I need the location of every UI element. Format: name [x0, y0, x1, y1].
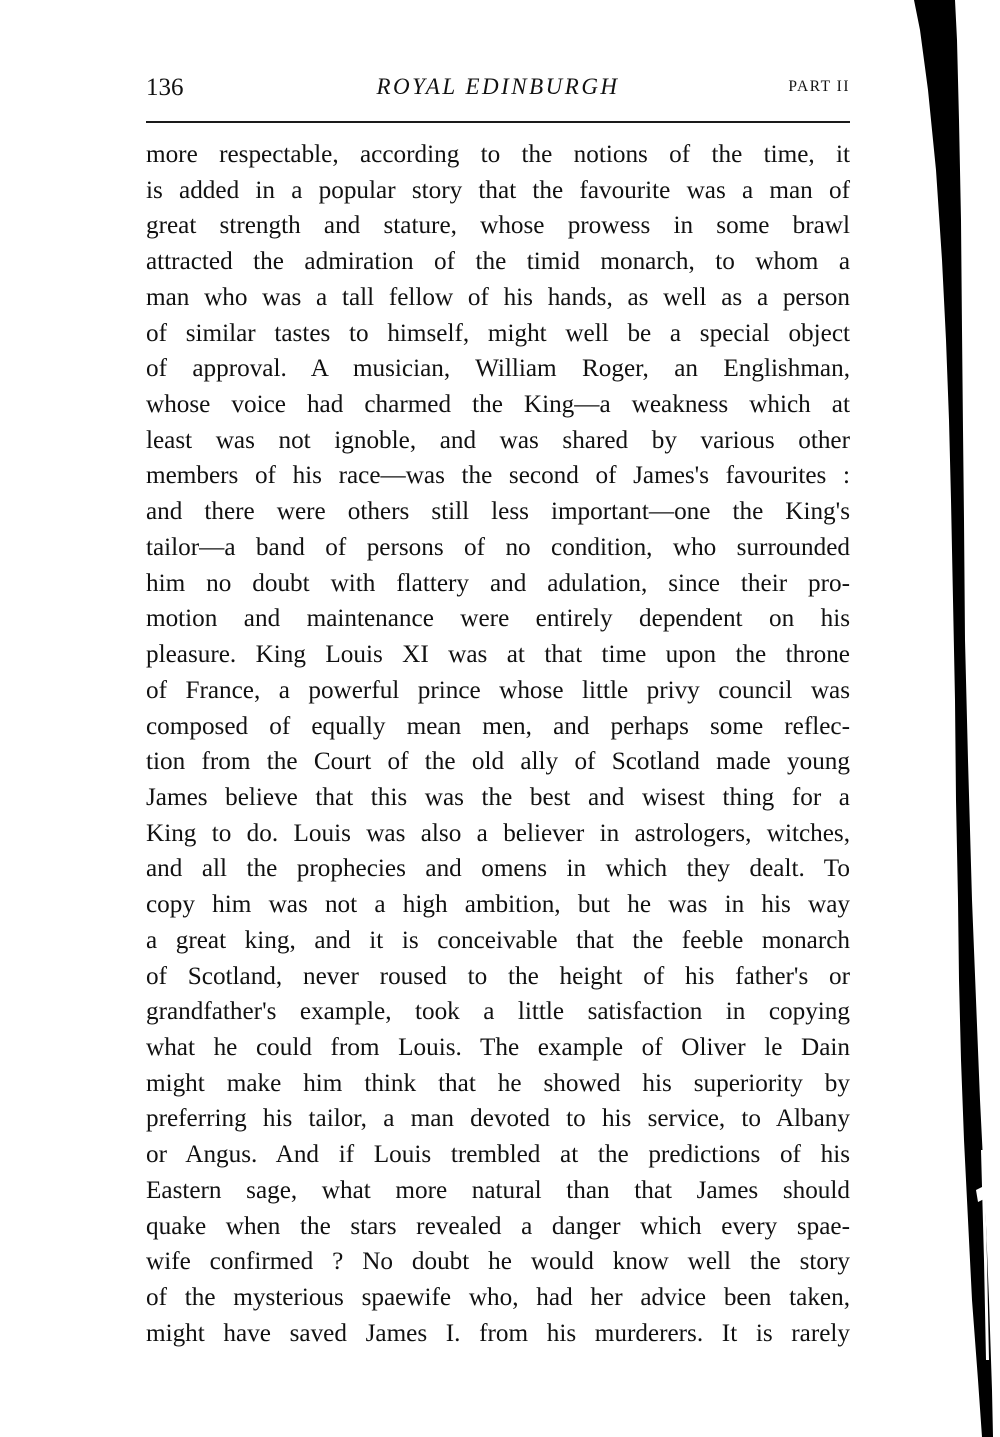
text-line: King to do. Louis was also a believer in… — [146, 816, 850, 852]
text-line: more respectable, according to the notio… — [146, 137, 850, 173]
text-line: copy him was not a high ambition, but he… — [146, 887, 850, 923]
text-line: or Angus. And if Louis trembled at the p… — [146, 1137, 850, 1173]
text-line: him no doubt with flattery and adulation… — [146, 566, 850, 602]
text-line: man who was a tall fellow of his hands, … — [146, 280, 850, 316]
text-line: of France, a powerful prince whose littl… — [146, 673, 850, 709]
text-line: composed of equally mean men, and perhap… — [146, 709, 850, 745]
text-line: might make him think that he showed his … — [146, 1066, 850, 1102]
text-line: what he could from Louis. The example of… — [146, 1030, 850, 1066]
text-line: of approval. A musician, William Roger, … — [146, 351, 850, 387]
text-line: of the mysterious spaewife who, had her … — [146, 1280, 850, 1316]
text-line: whose voice had charmed the King—a weakn… — [146, 387, 850, 423]
text-line: and there were others still less importa… — [146, 494, 850, 530]
text-line: grandfather's example, took a little sat… — [146, 994, 850, 1030]
text-line: members of his race—was the second of Ja… — [146, 458, 850, 494]
text-line: James believe that this was the best and… — [146, 780, 850, 816]
body-text: more respectable, according to the notio… — [146, 137, 850, 1351]
text-line: might have saved James I. from his murde… — [146, 1316, 850, 1352]
part-label: PART II — [788, 78, 850, 96]
running-title: ROYAL EDINBURGH — [146, 74, 850, 100]
text-line: and all the prophecies and omens in whic… — [146, 851, 850, 887]
text-line: quake when the stars revealed a danger w… — [146, 1209, 850, 1245]
header-rule — [146, 121, 850, 123]
text-line: of similar tastes to himself, might well… — [146, 316, 850, 352]
text-line: wife confirmed ? No doubt he would know … — [146, 1244, 850, 1280]
text-line: attracted the admiration of the timid mo… — [146, 244, 850, 280]
text-line: a great king, and it is conceivable that… — [146, 923, 850, 959]
text-line: of Scotland, never roused to the height … — [146, 959, 850, 995]
text-line: tailor—a band of persons of no condition… — [146, 530, 850, 566]
text-line: is added in a popular story that the fav… — [146, 173, 850, 209]
text-line: motion and maintenance were entirely dep… — [146, 601, 850, 637]
text-line: tion from the Court of the old ally of S… — [146, 744, 850, 780]
running-head: 136 ROYAL EDINBURGH PART II — [146, 74, 850, 106]
text-line: Eastern sage, what more natural than tha… — [146, 1173, 850, 1209]
text-line: preferring his tailor, a man devoted to … — [146, 1101, 850, 1137]
text-line: pleasure. King Louis XI was at that time… — [146, 637, 850, 673]
book-page: 136 ROYAL EDINBURGH PART II more respect… — [0, 0, 1000, 1437]
text-line: least was not ignoble, and was shared by… — [146, 423, 850, 459]
text-line: great strength and stature, whose prowes… — [146, 208, 850, 244]
